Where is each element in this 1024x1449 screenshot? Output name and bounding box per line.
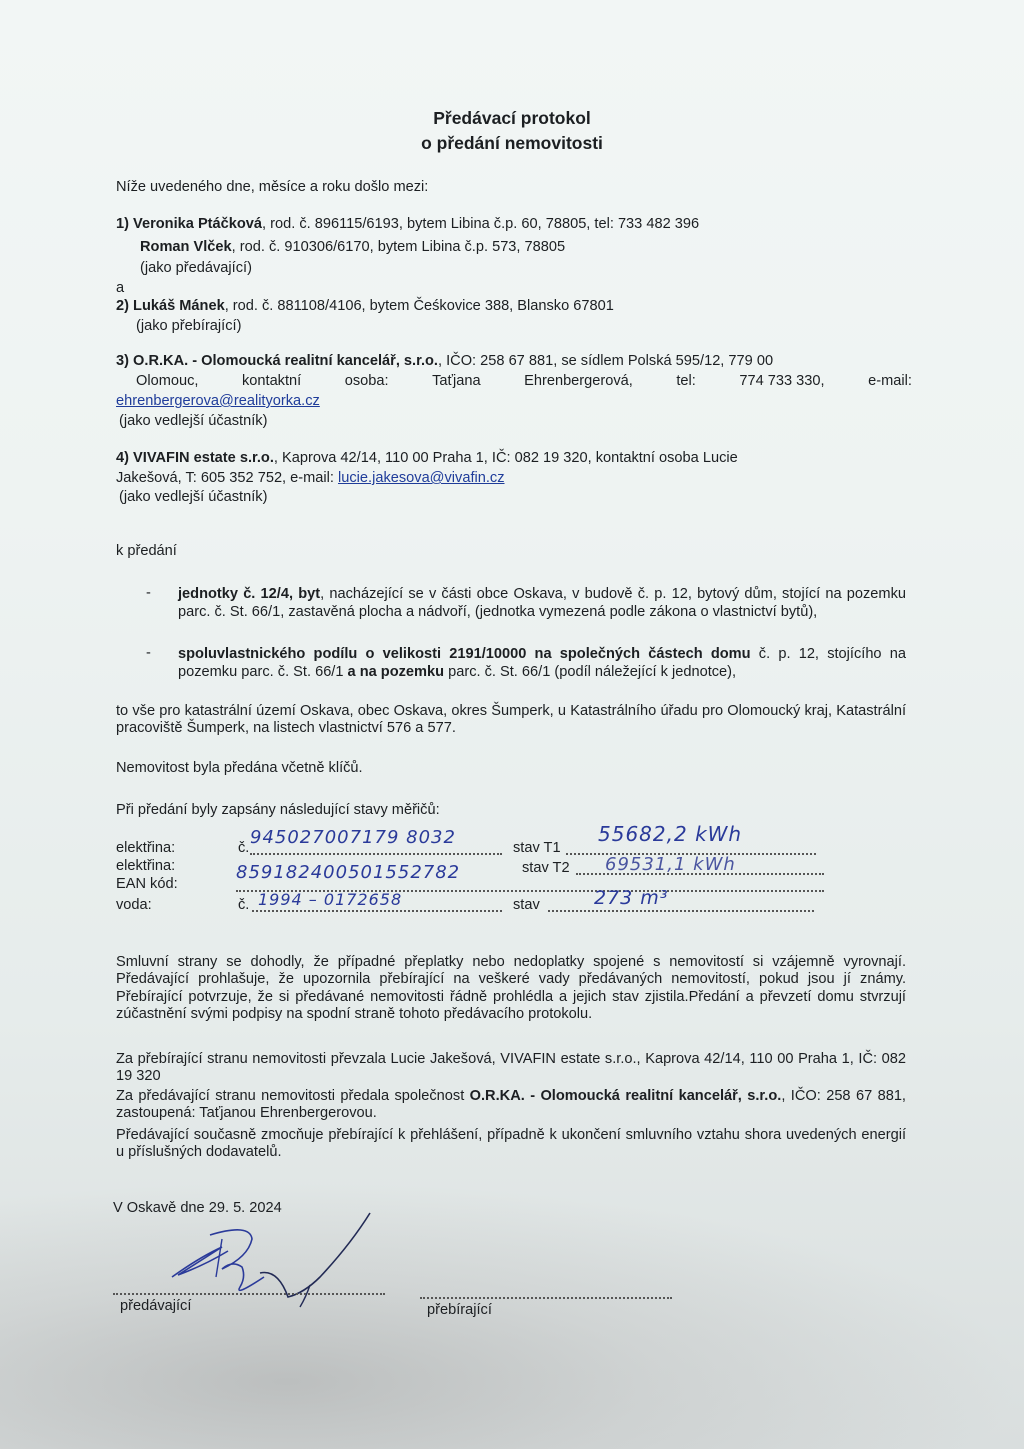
party-3-email-link[interactable]: ehrenbergerova@realityorka.cz: [116, 393, 320, 409]
receiver-representative: Za přebírající stranu nemovitosti převza…: [116, 1051, 906, 1086]
party-4-name: VIVAFIN estate s.r.o.: [133, 450, 274, 466]
party-3-word: osoba:: [345, 373, 389, 389]
electricity-meter-number: 945027007179 8032: [250, 827, 456, 848]
party-3-word: kontaktní: [242, 373, 301, 389]
stav-t2-label: stav T2: [522, 860, 570, 876]
meters-intro: Při předání byly zapsány následující sta…: [116, 802, 440, 818]
handover-item-unit: jednotky č. 12/4, byt, nacházející se v …: [178, 585, 906, 622]
party-1-line2: Roman Vlček, rod. č. 910306/6170, bytem …: [140, 239, 565, 255]
party-1-details2: , rod. č. 910306/6170, bytem Libina č.p.…: [232, 239, 565, 255]
meter-label-electricity: elektřina:: [116, 840, 175, 856]
party-2-role: (jako přebírající): [136, 318, 241, 334]
meter-label-ean: EAN kód:: [116, 876, 178, 892]
party-3-word: 774 733 330,: [739, 373, 824, 389]
stav-t1-label: stav T1: [513, 840, 561, 856]
giver-signature-label: předávající: [120, 1298, 191, 1314]
party-3-line1: 3) O.R.KA. - Olomoucká realitní kancelář…: [116, 353, 773, 369]
ean-code-value: 859182400501552782: [236, 862, 460, 883]
party-2-line1: 2) Lukáš Mánek, rod. č. 881108/4106, byt…: [116, 298, 614, 314]
party-3-word: Ehrenbergerová,: [524, 373, 633, 389]
party-4-details1: , Kaprova 42/14, 110 00 Praha 1, IČ: 082…: [274, 450, 738, 466]
unit-bold: jednotky č. 12/4, byt: [178, 586, 320, 602]
handover-heading: k předání: [116, 543, 177, 559]
bullet-dash: -: [146, 585, 151, 601]
water-meter-number: 1994 – 0172658: [258, 890, 402, 909]
party-3-word: Taťjana: [432, 373, 480, 389]
keys-statement: Nemovitost byla předána včetně klíčů.: [116, 760, 363, 776]
party-1-details1: , rod. č. 896115/6193, bytem Libina č.p.…: [262, 216, 699, 232]
share-bold: spoluvlastnického podílu o velikosti 219…: [178, 646, 751, 662]
party-3-role: (jako vedlejší účastník): [119, 413, 267, 429]
party-3-email[interactable]: ehrenbergerova@realityorka.cz: [116, 393, 320, 409]
water-stav-dotline: [548, 910, 814, 912]
party-4-number: 4): [116, 450, 129, 466]
document-title-line2: o předání nemovitosti: [0, 133, 1024, 154]
bullet-dash: -: [146, 645, 151, 661]
party-3-word: tel:: [676, 373, 695, 389]
intro-text: Níže uvedeného dne, měsíce a roku došlo …: [116, 179, 428, 195]
party-4-contact: Jakešová, T: 605 352 752, e-mail:: [116, 470, 338, 486]
party-3-number: 3): [116, 353, 129, 369]
party-4-role: (jako vedlejší účastník): [119, 489, 267, 505]
giver-rep-prefix: Za předávající stranu nemovitosti předal…: [116, 1088, 470, 1104]
party-4-line1: 4) VIVAFIN estate s.r.o., Kaprova 42/14,…: [116, 450, 738, 466]
party-3-word: Olomouc,: [136, 373, 198, 389]
party-3-word: e-mail:: [868, 373, 912, 389]
share-text2: parc. č. St. 66/1 (podíl náležející k je…: [444, 664, 736, 680]
party-4-email-link[interactable]: lucie.jakesova@vivafin.cz: [338, 470, 505, 486]
meter-label-water: voda:: [116, 897, 152, 913]
party-1-line1: 1) Veronika Ptáčková, rod. č. 896115/619…: [116, 216, 699, 232]
agreement-paragraph: Smluvní strany se dohodly, že případné p…: [116, 954, 906, 1024]
giver-representative: Za předávající stranu nemovitosti předal…: [116, 1088, 906, 1123]
party-1-number: 1): [116, 216, 129, 232]
electricity-no-prefix: č.: [238, 840, 249, 856]
handover-item-share: spoluvlastnického podílu o velikosti 219…: [178, 645, 906, 682]
giver-rep-company: O.R.KA. - Olomoucká realitní kancelář, s…: [470, 1088, 782, 1104]
party-3-details1: , IČO: 258 67 881, se sídlem Polská 595/…: [438, 353, 773, 369]
party-1-name2: Roman Vlček: [140, 239, 232, 255]
party-2-number: 2): [116, 298, 129, 314]
conjunction-and: a: [116, 280, 124, 296]
party-2-details: , rod. č. 881108/4106, bytem Čeśkovice 3…: [225, 298, 614, 314]
meter-label-electricity-2: elektřina:: [116, 858, 175, 874]
party-2-name: Lukáš Mánek: [133, 298, 225, 314]
party-1-role: (jako předávající): [140, 260, 252, 276]
stav-t2-value: 69531,1 kWh: [605, 854, 736, 875]
water-no-prefix: č.: [238, 897, 249, 913]
stav-t1-value: 55682,2 kWh: [598, 822, 742, 846]
handover-protocol-page: Předávací protokol o předání nemovitosti…: [0, 0, 1024, 1449]
receiver-signature-label: přebírající: [427, 1302, 492, 1318]
document-title-line1: Předávací protokol: [0, 108, 1024, 129]
signature-giver: [160, 1205, 390, 1315]
water-stav-label: stav: [513, 897, 540, 913]
authorization-paragraph: Předávající současně zmocňuje přebírajíc…: [116, 1127, 906, 1162]
party-4-line2: Jakešová, T: 605 352 752, e-mail: lucie.…: [116, 470, 505, 486]
receiver-signature-line: [420, 1297, 672, 1299]
water-stav-value: 273 m³: [594, 887, 668, 909]
giver-signature-line: [113, 1293, 385, 1295]
water-no-dotline: [252, 910, 502, 912]
cadastre-paragraph: to vše pro katastrální území Oskava, obe…: [116, 703, 906, 738]
party-3-name: O.R.KA. - Olomoucká realitní kancelář, s…: [133, 353, 438, 369]
party-1-name1: Veronika Ptáčková: [133, 216, 262, 232]
party-3-line2: Olomouc,kontaktníosoba:TaťjanaEhrenberge…: [136, 373, 912, 389]
share-bold2: a na pozemku: [348, 664, 445, 680]
electricity-no-dotline: [250, 853, 502, 855]
